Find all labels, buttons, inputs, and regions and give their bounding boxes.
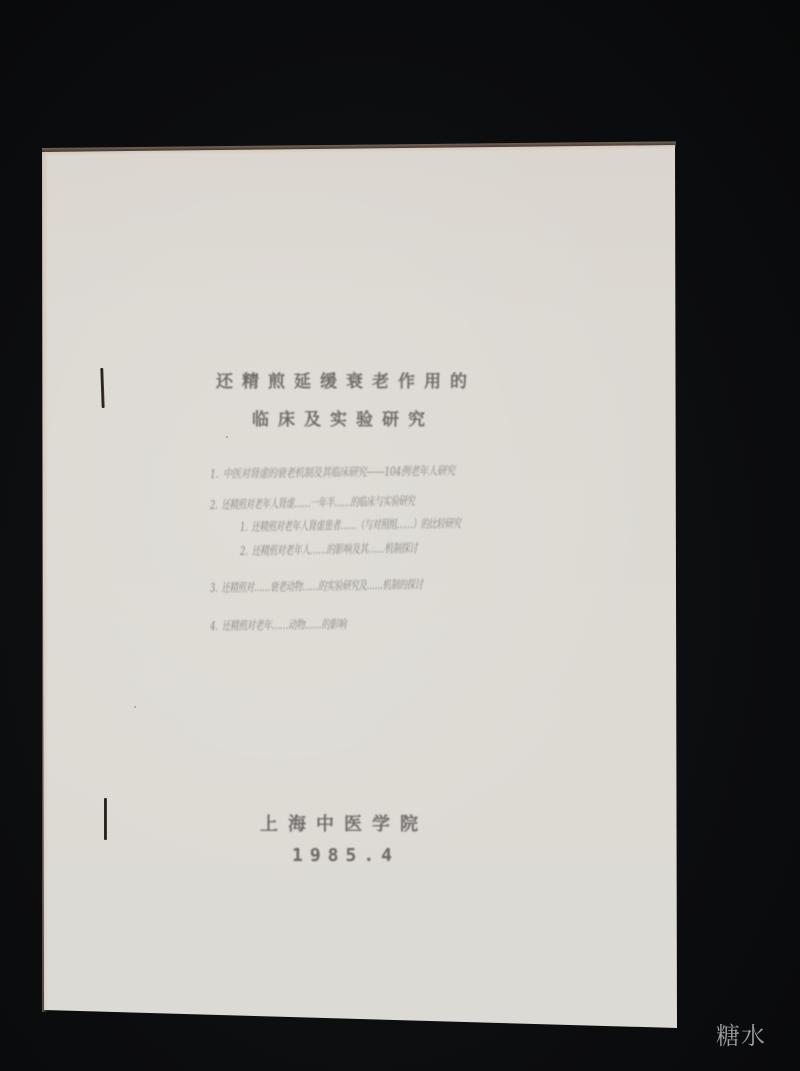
contents-item-number: 2. [240,544,248,558]
paper-edge-left [42,152,48,1012]
contents-item-number: 4. [210,619,218,633]
paper-speck [226,436,228,438]
institution-name: 上海中医学院 [260,810,428,836]
contents-item-4: 4.还精煎对老年……动物……的影响 [210,615,346,634]
contents-item-1: 1.中医对肾虚的衰老机制及其临床研究——104例老年人研究 [210,462,455,482]
contents-item-text: 还精煎对……衰老动物……的实验研究及……机制的探讨 [221,577,422,595]
contents-item-text: 中医对肾虚的衰老机制及其临床研究——104例老年人研究 [223,464,455,481]
watermark-text: 糖水 [716,1016,766,1051]
contents-item-text: 还精煎对老年人肾虚患者……（与对照组……）的比较研究 [251,516,461,534]
paper-speck [134,706,136,708]
contents-item-number: 1. [240,520,248,534]
contents-item-text: 还精煎对老年……动物……的影响 [222,617,346,633]
contents-item-text: 还精煎对老年人肾虚……一年半……的临床与实验研究 [221,494,414,512]
contents-item-number: 3. [210,581,218,595]
document-title-line-2: 临床及实验研究 [252,405,434,430]
contents-subitem-2-2: 2.还精煎对老年人……的影响及其……机制探讨 [240,539,418,559]
staple-bottom [104,798,107,840]
publication-date: 1985.4 [292,845,399,866]
contents-item-text: 还精煎对老年人……的影响及其……机制探讨 [252,541,418,558]
contents-item-number: 2. [210,498,218,512]
document-title-line-1: 还精煎延缓衰老作用的 [216,367,476,392]
contents-item-number: 1. [210,467,218,481]
